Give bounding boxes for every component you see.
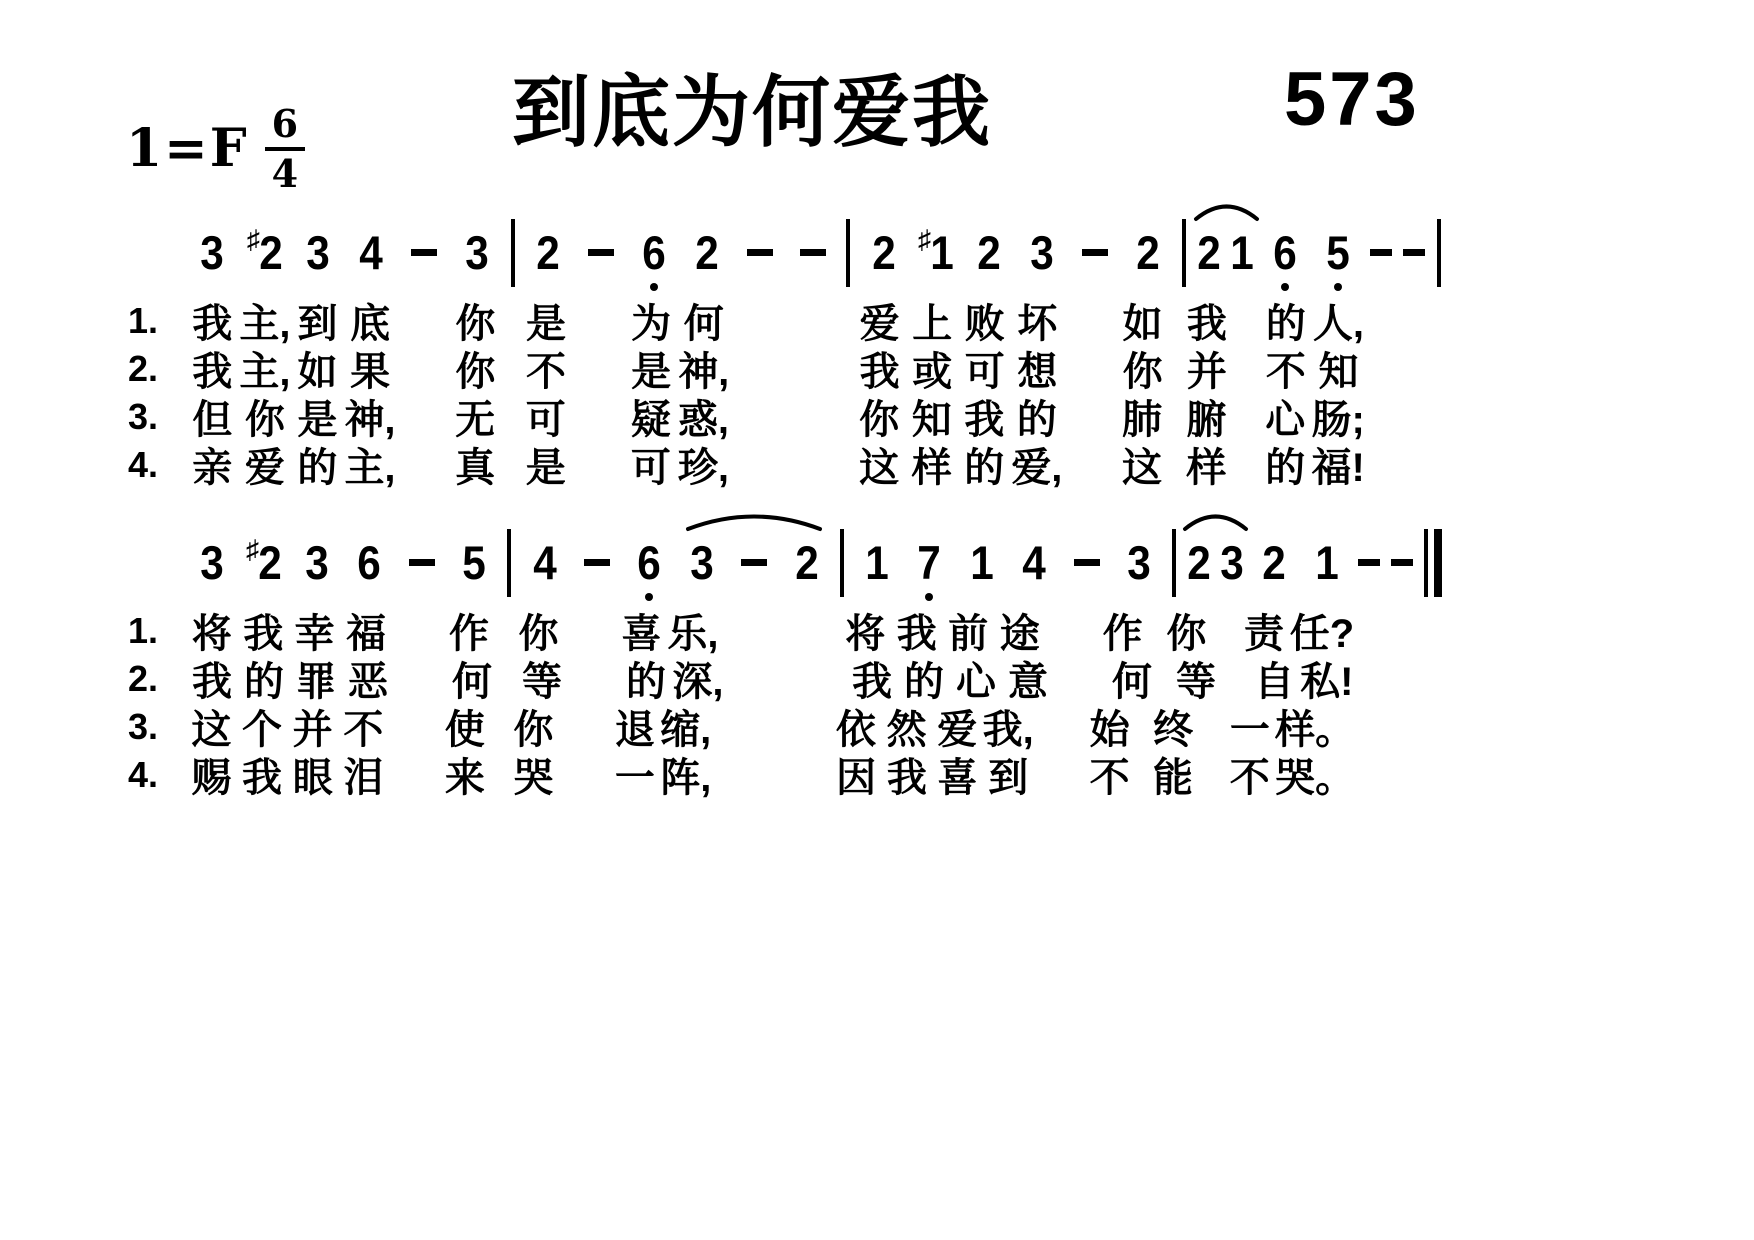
jianpu-note: 3 xyxy=(451,200,504,292)
sharp-icon: ♯ xyxy=(246,534,259,565)
barline xyxy=(833,510,851,602)
lyric-syllable xyxy=(1034,746,1085,803)
jianpu-note: 2 xyxy=(963,200,1016,292)
jianpu-note: 3 xyxy=(1216,510,1248,602)
music-systems: 3♯23432622♯123221651.我主,到底你是为何爱上败坏如我的人,2… xyxy=(122,200,1448,820)
notation-gutter xyxy=(122,510,186,602)
time-signature-denominator: 4 xyxy=(272,151,298,194)
notation-line: 3♯23654632171432321 xyxy=(122,510,1448,602)
lyric-syllable xyxy=(1355,746,1386,803)
lyric-syllable: 的 xyxy=(291,436,344,493)
lyric-syllable xyxy=(1063,436,1116,493)
lyric-syllable xyxy=(490,746,508,803)
lyric-syllable: 样 xyxy=(1186,436,1226,493)
lyric-syllable xyxy=(1226,436,1259,493)
verse-line: 4.赐我眼泪来哭一阵,因我喜到不能不哭。 xyxy=(122,746,1448,794)
jianpu-note: 6 xyxy=(627,200,680,292)
jianpu-note: 6 xyxy=(1258,200,1311,292)
lyric-syllable xyxy=(782,436,835,493)
lyric-syllable: 阵, xyxy=(660,746,711,803)
jianpu-note: ♯2 xyxy=(238,510,290,602)
jianpu-note: 1 xyxy=(1226,200,1259,292)
jianpu-note: 4 xyxy=(1008,510,1060,602)
jianpu-note: 2 xyxy=(1248,510,1300,602)
lyric-syllable: 一 xyxy=(610,746,661,803)
lyric-syllable: 到 xyxy=(983,746,1034,803)
lyric-syllable: 这 xyxy=(853,436,906,493)
verse-number: 4. xyxy=(122,746,186,803)
lyric-syllable xyxy=(1387,746,1418,803)
verse-line: 3.这个并不使你退缩,依然爱我,始终一样。 xyxy=(122,698,1448,746)
lyric-syllable: 眼 xyxy=(287,746,338,803)
sustain-dash xyxy=(1397,200,1430,292)
final-barline xyxy=(1418,510,1448,602)
lyric-syllable xyxy=(559,746,610,803)
jianpu-note: 2 xyxy=(1122,200,1175,292)
lyric-syllable xyxy=(1168,436,1186,493)
sustain-dash xyxy=(1353,510,1385,602)
time-signature-numerator: 6 xyxy=(265,104,305,151)
sheet-page: 到底为何爱我 573 1=F 6 4 3♯23432622♯123221651.… xyxy=(0,0,1754,1240)
sharp-icon: ♯ xyxy=(247,224,260,255)
verse-line: 2.我的罪恶何等的深,我的心意何等自私! xyxy=(122,650,1448,698)
key-signature: 1=F 6 4 xyxy=(126,104,305,194)
lyric-syllable: 是 xyxy=(519,436,572,493)
lyric-syllable: 的 xyxy=(1259,436,1312,493)
jianpu-note: 1 xyxy=(956,510,1008,602)
lyric-syllable xyxy=(389,746,440,803)
lyric-syllable: 珍, xyxy=(677,436,730,493)
jianpu-note: 2 xyxy=(680,200,733,292)
lyric-syllable xyxy=(572,436,625,493)
sustain-dash xyxy=(728,510,780,602)
verse-line: 3.但你是神,无可疑惑,你知我的肺腑心肠; xyxy=(122,388,1448,436)
sustain-dash xyxy=(575,200,628,292)
lyric-syllable: 泪 xyxy=(338,746,389,803)
lyric-syllable: 哭 xyxy=(508,746,559,803)
barline xyxy=(500,510,518,602)
lyric-syllable: 喜 xyxy=(932,746,983,803)
jianpu-note: 6 xyxy=(623,510,675,602)
jianpu-note: 4 xyxy=(345,200,398,292)
lyric-syllable: 来 xyxy=(439,746,490,803)
lyric-syllable xyxy=(762,746,813,803)
lyric-syllable xyxy=(501,436,519,493)
sustain-dash xyxy=(1364,200,1397,292)
jianpu-note: 5 xyxy=(1311,200,1364,292)
key-name: 1=F xyxy=(126,118,249,179)
jianpu-note: 4 xyxy=(518,510,570,602)
jianpu-note: 3 xyxy=(1113,510,1165,602)
sustain-dash xyxy=(1060,510,1112,602)
jianpu-note: 6 xyxy=(343,510,395,602)
lyric-syllable xyxy=(835,436,853,493)
lyric-syllable: 真 xyxy=(449,436,502,493)
lyric-syllable: 我 xyxy=(882,746,933,803)
lyric-syllable: 哭。 xyxy=(1275,746,1355,803)
lyric-syllable: 不 xyxy=(1224,746,1275,803)
notation-line: 3♯23432622♯12322165 xyxy=(122,200,1448,292)
jianpu-note: 3 xyxy=(1016,200,1069,292)
lyric-syllable xyxy=(1365,436,1398,493)
jianpu-note: 5 xyxy=(448,510,500,602)
sustain-dash xyxy=(396,510,448,602)
lyric-syllable xyxy=(1193,746,1224,803)
barline xyxy=(1165,510,1183,602)
music-system: 3♯236546321714323211.将我幸福作你喜乐,将我前途作你责任?2… xyxy=(122,510,1448,794)
lyric-syllable xyxy=(1430,436,1448,493)
jianpu-note: 3 xyxy=(676,510,728,602)
sustain-dash xyxy=(1386,510,1418,602)
jianpu-note: ♯1 xyxy=(910,200,963,292)
verse-line: 4.亲爱的主,真是可珍,这样的爱,这样的福! xyxy=(122,436,1448,484)
lyric-syllable xyxy=(396,436,449,493)
jianpu-note: 2 xyxy=(522,200,575,292)
jianpu-note: 1 xyxy=(1301,510,1353,602)
verse-line: 1.将我幸福作你喜乐,将我前途作你责任? xyxy=(122,602,1448,650)
sustain-dash xyxy=(398,200,451,292)
lyric-syllable: 能 xyxy=(1153,746,1193,803)
sustain-dash xyxy=(571,510,623,602)
verse-line: 1.我主,到底你是为何爱上败坏如我的人, xyxy=(122,292,1448,340)
notation-gutter xyxy=(122,200,186,292)
lyric-syllable: 主, xyxy=(344,436,397,493)
hymn-number: 573 xyxy=(1284,56,1420,143)
jianpu-note: ♯2 xyxy=(239,200,292,292)
lyric-syllable: 因 xyxy=(831,746,882,803)
lyric-syllable: 福! xyxy=(1311,436,1364,493)
jianpu-note: 3 xyxy=(291,510,343,602)
lyric-syllable xyxy=(1397,436,1430,493)
sustain-dash xyxy=(786,200,839,292)
jianpu-note: 3 xyxy=(186,200,239,292)
jianpu-note: 7 xyxy=(903,510,955,602)
lyric-syllable: 这 xyxy=(1116,436,1169,493)
lyric-syllable xyxy=(711,746,762,803)
lyric-syllable: 爱 xyxy=(239,436,292,493)
barline xyxy=(1430,200,1448,292)
lyric-syllable: 不 xyxy=(1084,746,1135,803)
jianpu-note: 1 xyxy=(851,510,903,602)
lyric-syllable: 的 xyxy=(958,436,1011,493)
lyric-syllable xyxy=(1135,746,1153,803)
jianpu-note: 2 xyxy=(1183,510,1215,602)
barline xyxy=(504,200,522,292)
sharp-icon: ♯ xyxy=(918,224,931,255)
time-signature: 6 4 xyxy=(265,104,305,194)
verse-number: 4. xyxy=(122,436,186,493)
jianpu-note: 3 xyxy=(186,510,238,602)
sustain-dash xyxy=(1069,200,1122,292)
lyric-syllable: 可 xyxy=(625,436,678,493)
lyric-syllable xyxy=(813,746,831,803)
sustain-dash xyxy=(733,200,786,292)
barline xyxy=(1175,200,1193,292)
jianpu-note: 2 xyxy=(780,510,832,602)
lyric-syllable xyxy=(730,436,783,493)
jianpu-note: 2 xyxy=(857,200,910,292)
jianpu-note: 3 xyxy=(292,200,345,292)
lyric-syllable: 亲 xyxy=(186,436,239,493)
barline xyxy=(839,200,857,292)
hymn-title: 到底为何爱我 xyxy=(512,50,992,162)
lyric-syllable: 我 xyxy=(237,746,288,803)
lyric-syllable: 赐 xyxy=(186,746,237,803)
verse-line: 2.我主,如果你不是神,我或可想你并不知 xyxy=(122,340,1448,388)
lyric-syllable xyxy=(1418,746,1448,803)
music-system: 3♯23432622♯123221651.我主,到底你是为何爱上败坏如我的人,2… xyxy=(122,200,1448,484)
jianpu-note: 2 xyxy=(1193,200,1226,292)
lyric-syllable: 爱, xyxy=(1011,436,1064,493)
lyric-syllable: 样 xyxy=(905,436,958,493)
